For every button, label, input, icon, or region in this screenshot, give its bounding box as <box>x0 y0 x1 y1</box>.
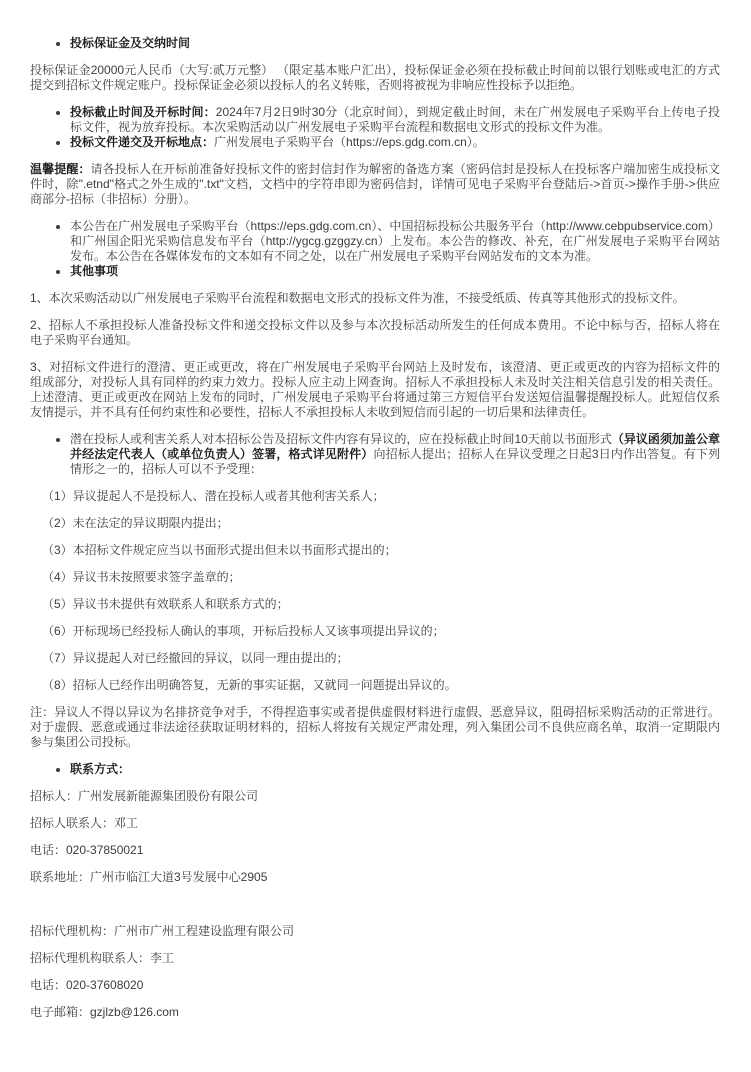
paragraph: 电话：020-37850021 <box>30 843 720 858</box>
paragraph: （8）招标人已经作出明确答复，无新的事实证据，又就同一问题提出异议的。 <box>30 678 720 693</box>
text-segment: 招标代理机构联系人：李工 <box>30 951 174 965</box>
text-segment: 请各投标人在开标前准备好投标文件的密封信封作为解密的备选方案（密码信封是投标人在… <box>30 162 720 206</box>
paragraph: （6）开标现场已经投标人确认的事项，开标后投标人又该事项提出异议的； <box>30 624 720 639</box>
text-segment: 注：异议人不得以异议为名排挤竞争对手，不得捏造事实或者提供虚假材料进行虚假、恶意… <box>30 705 720 749</box>
paragraph: 招标代理机构联系人：李工 <box>30 951 720 966</box>
paragraph: 温馨提醒：请各投标人在开标前准备好投标文件的密封信封作为解密的备选方案（密码信封… <box>30 162 720 207</box>
text-segment: （4）异议书未按照要求签字盖章的； <box>42 570 241 584</box>
bullet-item: 投标保证金及交纳时间 <box>70 36 720 51</box>
text-segment: 2、招标人不承担投标人准备投标文件和递交投标文件以及参与本次投标活动所发生的任何… <box>30 318 720 347</box>
bullet-list: 潜在投标人或利害关系人对本招标公告及招标文件内容有异议的，应在投标截止时间10天… <box>30 432 720 477</box>
paragraph: （2）未在法定的异议期限内提出； <box>30 516 720 531</box>
bullet-item: 联系方式： <box>70 762 720 777</box>
text-segment: 投标保证金20000元人民币（大写:贰万元整） （限定基本账户汇出），投标保证金… <box>30 63 720 92</box>
bold-text: 联系方式： <box>70 762 130 776</box>
paragraph: 招标人联系人：邓工 <box>30 816 720 831</box>
bold-text: 投标截止时间及开标时间： <box>70 105 216 119</box>
bullet-item: 投标文件递交及开标地点：广州发展电子采购平台（https://eps.gdg.c… <box>70 135 720 150</box>
tender-announcement-page: 投标保证金及交纳时间投标保证金20000元人民币（大写:贰万元整） （限定基本账… <box>0 0 751 1072</box>
bullet-item: 本公告在广州发展电子采购平台（https://eps.gdg.com.cn）、中… <box>70 219 720 264</box>
spacer-paragraph <box>30 897 720 912</box>
text-segment: 广州发展电子采购平台（https://eps.gdg.com.cn）。 <box>214 135 485 149</box>
text-segment: 招标人联系人：邓工 <box>30 816 138 830</box>
paragraph: 1、本次采购活动以广州发展电子采购平台流程和数据电文形式的投标文件为准，不接受纸… <box>30 291 720 306</box>
paragraph: 电话：020-37608020 <box>30 978 720 993</box>
bullet-list: 联系方式： <box>30 762 720 777</box>
paragraph: 3、对招标文件进行的澄清、更正或更改，将在广州发展电子采购平台网站上及时发布，该… <box>30 360 720 420</box>
text-segment: （3）本招标文件规定应当以书面形式提出但未以书面形式提出的； <box>42 543 397 557</box>
paragraph: 电子邮箱：gzjlzb@126.com <box>30 1005 720 1020</box>
paragraph: （5）异议书未提供有效联系人和联系方式的； <box>30 597 720 612</box>
text-segment: （8）招标人已经作出明确答复，无新的事实证据，又就同一问题提出异议的。 <box>42 678 457 692</box>
bullet-list: 本公告在广州发展电子采购平台（https://eps.gdg.com.cn）、中… <box>30 219 720 279</box>
text-segment: （5）异议书未提供有效联系人和联系方式的； <box>42 597 289 611</box>
text-segment: 电话：020-37850021 <box>30 843 143 857</box>
text-segment: 联系地址：广州市临江大道3号发展中心2905 <box>30 870 267 884</box>
bullet-list: 投标保证金及交纳时间 <box>30 36 720 51</box>
text-segment: （6）开标现场已经投标人确认的事项，开标后投标人又该事项提出异议的； <box>42 624 445 638</box>
bullet-list: 投标截止时间及开标时间：2024年7月2日9时30分（北京时间），到规定截止时间… <box>30 105 720 150</box>
bold-text: 温馨提醒： <box>30 162 91 176</box>
paragraph: 联系地址：广州市临江大道3号发展中心2905 <box>30 870 720 885</box>
text-segment: 3、对招标文件进行的澄清、更正或更改，将在广州发展电子采购平台网站上及时发布，该… <box>30 360 720 419</box>
bold-text: 其他事项 <box>70 264 118 278</box>
bullet-item: 投标截止时间及开标时间：2024年7月2日9时30分（北京时间），到规定截止时间… <box>70 105 720 135</box>
paragraph: （1）异议提起人不是投标人、潜在投标人或者其他利害关系人； <box>30 489 720 504</box>
bold-text: 投标保证金及交纳时间 <box>70 36 190 50</box>
text-segment: 招标人：广州发展新能源集团股份有限公司 <box>30 789 258 803</box>
text-segment: 本公告在广州发展电子采购平台（https://eps.gdg.com.cn）、中… <box>70 219 720 263</box>
paragraph: 注：异议人不得以异议为名排挤竞争对手，不得捏造事实或者提供虚假材料进行虚假、恶意… <box>30 705 720 750</box>
text-segment: （2）未在法定的异议期限内提出； <box>42 516 229 530</box>
text-segment: （1）异议提起人不是投标人、潜在投标人或者其他利害关系人； <box>42 489 385 503</box>
text-segment: 1、本次采购活动以广州发展电子采购平台流程和数据电文形式的投标文件为准，不接受纸… <box>30 291 685 305</box>
bullet-item: 其他事项 <box>70 264 720 279</box>
paragraph: （3）本招标文件规定应当以书面形式提出但未以书面形式提出的； <box>30 543 720 558</box>
text-segment: 电子邮箱：gzjlzb@126.com <box>30 1005 179 1019</box>
paragraph: （4）异议书未按照要求签字盖章的； <box>30 570 720 585</box>
paragraph: 2、招标人不承担投标人准备投标文件和递交投标文件以及参与本次投标活动所发生的任何… <box>30 318 720 348</box>
text-segment: 电话：020-37608020 <box>30 978 143 992</box>
paragraph: 投标保证金20000元人民币（大写:贰万元整） （限定基本账户汇出），投标保证金… <box>30 63 720 93</box>
bold-text: 投标文件递交及开标地点： <box>70 135 214 149</box>
announcement-body: 投标保证金及交纳时间投标保证金20000元人民币（大写:贰万元整） （限定基本账… <box>30 36 720 1020</box>
text-segment: 招标代理机构：广州市广州工程建设监理有限公司 <box>30 924 294 938</box>
text-segment: （7）异议提起人对已经撤回的异议，以同一理由提出的； <box>42 651 349 665</box>
paragraph: （7）异议提起人对已经撤回的异议，以同一理由提出的； <box>30 651 720 666</box>
bullet-item: 潜在投标人或利害关系人对本招标公告及招标文件内容有异议的，应在投标截止时间10天… <box>70 432 720 477</box>
paragraph: 招标代理机构：广州市广州工程建设监理有限公司 <box>30 924 720 939</box>
paragraph: 招标人：广州发展新能源集团股份有限公司 <box>30 789 720 804</box>
text-segment: 潜在投标人或利害关系人对本招标公告及招标文件内容有异议的，应在投标截止时间10天… <box>70 432 612 446</box>
